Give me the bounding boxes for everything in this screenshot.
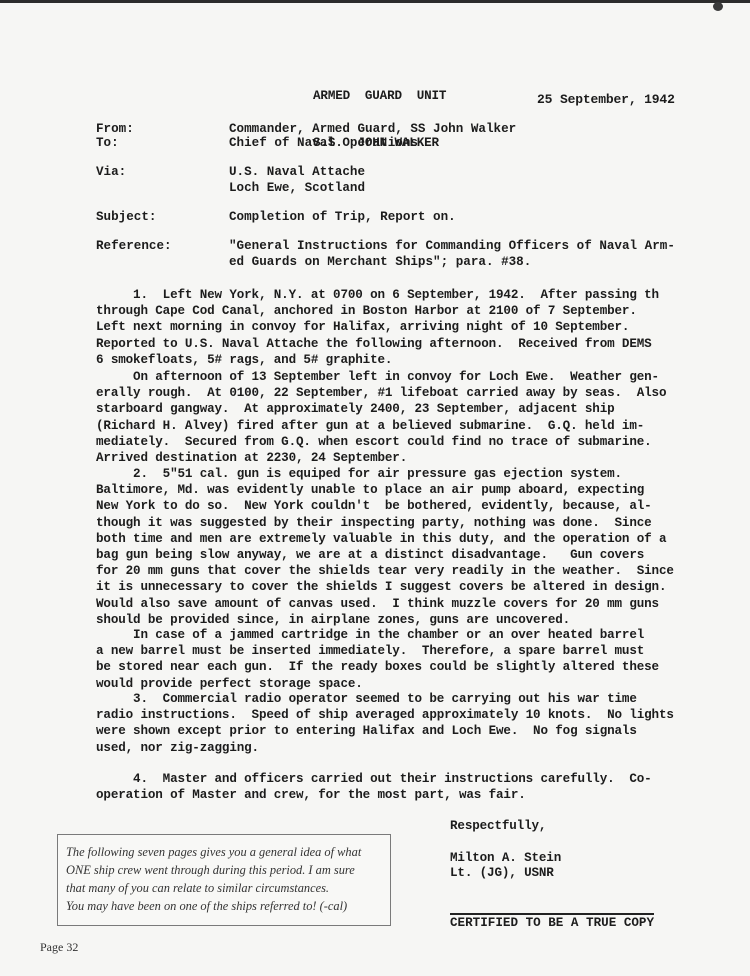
signer-name: Milton A. Stein: [450, 851, 561, 867]
paragraph-2-continued: In case of a jammed cartridge in the cha…: [96, 627, 659, 692]
subject-label: Subject:: [96, 210, 156, 224]
punch-hole-mark: [713, 2, 723, 11]
letter-date: 25 September, 1942: [537, 92, 675, 108]
reference-value: "General Instructions for Commanding Off…: [229, 239, 675, 270]
editor-note-box: The following seven pages gives you a ge…: [57, 834, 391, 926]
editor-note: The following seven pages gives you a ge…: [66, 843, 361, 915]
paragraph-3: 3. Commercial radio operator seemed to b…: [96, 691, 674, 756]
closing: Respectfully,: [450, 819, 546, 835]
to-label: To:: [96, 136, 119, 150]
via-label: Via:: [96, 165, 126, 179]
from-label: From:: [96, 122, 134, 136]
letterhead-unit: ARMED GUARD UNIT: [313, 89, 446, 105]
signer-rank: Lt. (JG), USNR: [450, 866, 554, 882]
paragraph-1: 1. Left New York, N.Y. at 0700 on 6 Sept…: [96, 287, 659, 368]
reference-label: Reference:: [96, 239, 172, 253]
paragraph-4: 4. Master and officers carried out their…: [96, 771, 652, 803]
page-number: Page 32: [40, 940, 78, 955]
to-value: Chief of Naval Operations: [229, 136, 418, 152]
certified-stamp: CERTIFIED TO BE A TRUE COPY: [450, 913, 654, 930]
via-value: U.S. Naval Attache Loch Ewe, Scotland: [229, 165, 365, 196]
subject-value: Completion of Trip, Report on.: [229, 210, 456, 226]
paragraph-1-continued: On afternoon of 13 September left in con…: [96, 369, 666, 466]
paragraph-2: 2. 5"51 cal. gun is equiped for air pres…: [96, 466, 674, 628]
page-top-edge: [0, 0, 750, 3]
